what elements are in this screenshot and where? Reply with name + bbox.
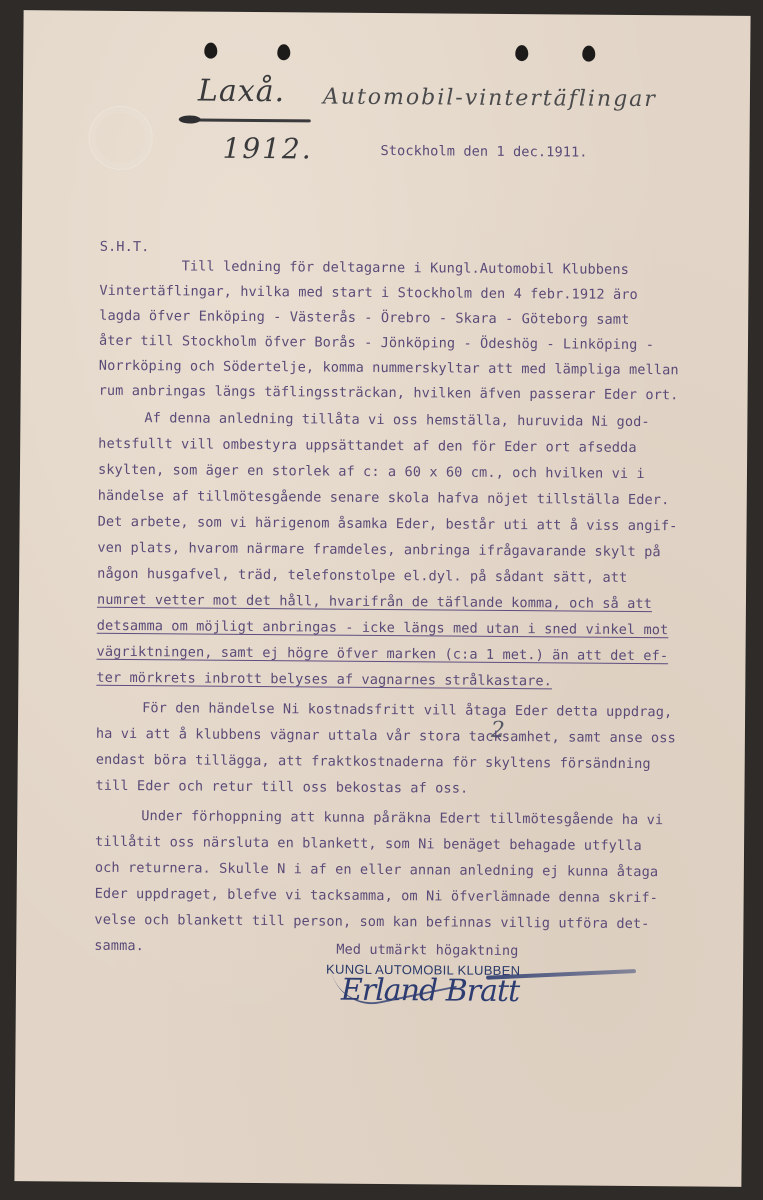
- handwritten-year: 1912.: [222, 132, 312, 166]
- underlined-body-line: detsamma om möjligt anbringas - icke län…: [97, 618, 669, 638]
- letter-page: Laxå. Automobil-vintertäflingar 1912. St…: [14, 10, 750, 1187]
- body-line: och returnera. Skulle N i af en eller an…: [95, 860, 658, 880]
- body-line: ven plats, hvarom närmare framdeles, anb…: [97, 540, 660, 560]
- body-line: För den händelse Ni kostnadsfritt vill å…: [142, 700, 672, 720]
- body-line: Till ledning för deltagarne i Kungl.Auto…: [182, 258, 629, 278]
- body-line: velse och blankett till person, som kan …: [94, 912, 649, 932]
- punch-hole: [204, 43, 217, 59]
- title-underline: [181, 118, 311, 122]
- underlined-body-line: vägriktningen, samt ej högre öfver marke…: [97, 644, 669, 664]
- body-line: tillåtit oss närsluta en blankett, som N…: [95, 834, 642, 854]
- body-line: ha vi att å klubbens vägnar uttala vår s…: [96, 726, 676, 747]
- body-line: Af denna anledning tillåta vi oss hemstä…: [144, 410, 649, 430]
- body-line: Det arbete, som vi härigenom åsamka Eder…: [98, 514, 678, 535]
- body-line: Under förhoppning att kunna påräkna Eder…: [141, 808, 663, 828]
- date-line: Stockholm den 1 dec.1911.: [380, 143, 587, 161]
- punch-hole: [277, 44, 290, 60]
- body-line: rum anbringas längs täflingssträckan, hv…: [99, 383, 679, 404]
- body-line: samma.: [94, 938, 144, 954]
- salutation: S.H.T.: [100, 239, 150, 255]
- punch-hole: [515, 45, 528, 61]
- body-line: Eder uppdraget, blefve vi tacksamma, om …: [95, 886, 658, 906]
- underlined-body-line: ter mörkrets inbrott belyses af vagnarne…: [96, 670, 552, 690]
- handwritten-title: Laxå.: [198, 74, 285, 110]
- body-line: händelse af tillmötesgående senare skola…: [98, 488, 670, 508]
- underlined-body-line: numret vetter mot det håll, hvarifrån de…: [97, 592, 652, 612]
- body-line: lagda öfver Enköping - Västerås - Örebro…: [99, 308, 629, 328]
- handwritten-subtitle: Automobil-vintertäflingar: [323, 85, 657, 113]
- body-line: endast böra tillägga, att fraktkostnader…: [96, 752, 651, 772]
- body-line: Vintertäflingar, hvilka med start i Stoc…: [99, 283, 638, 303]
- body-line: skylten, som äger en storlek af c: a 60 …: [98, 462, 645, 482]
- body-line: hetsfullt vill ombestyra uppsättandet af…: [98, 436, 637, 456]
- body-line: Norrköping och Södertelje, komma nummers…: [99, 358, 679, 379]
- punch-hole: [582, 46, 595, 62]
- body-line: någon husgafvel, träd, telefonstolpe el.…: [97, 566, 627, 586]
- embossed-seal: [88, 106, 153, 171]
- body-line: åter till Stockholm öfver Borås - Jönköp…: [99, 333, 654, 353]
- body-line: till Eder och retur till oss bekostas af…: [95, 778, 468, 797]
